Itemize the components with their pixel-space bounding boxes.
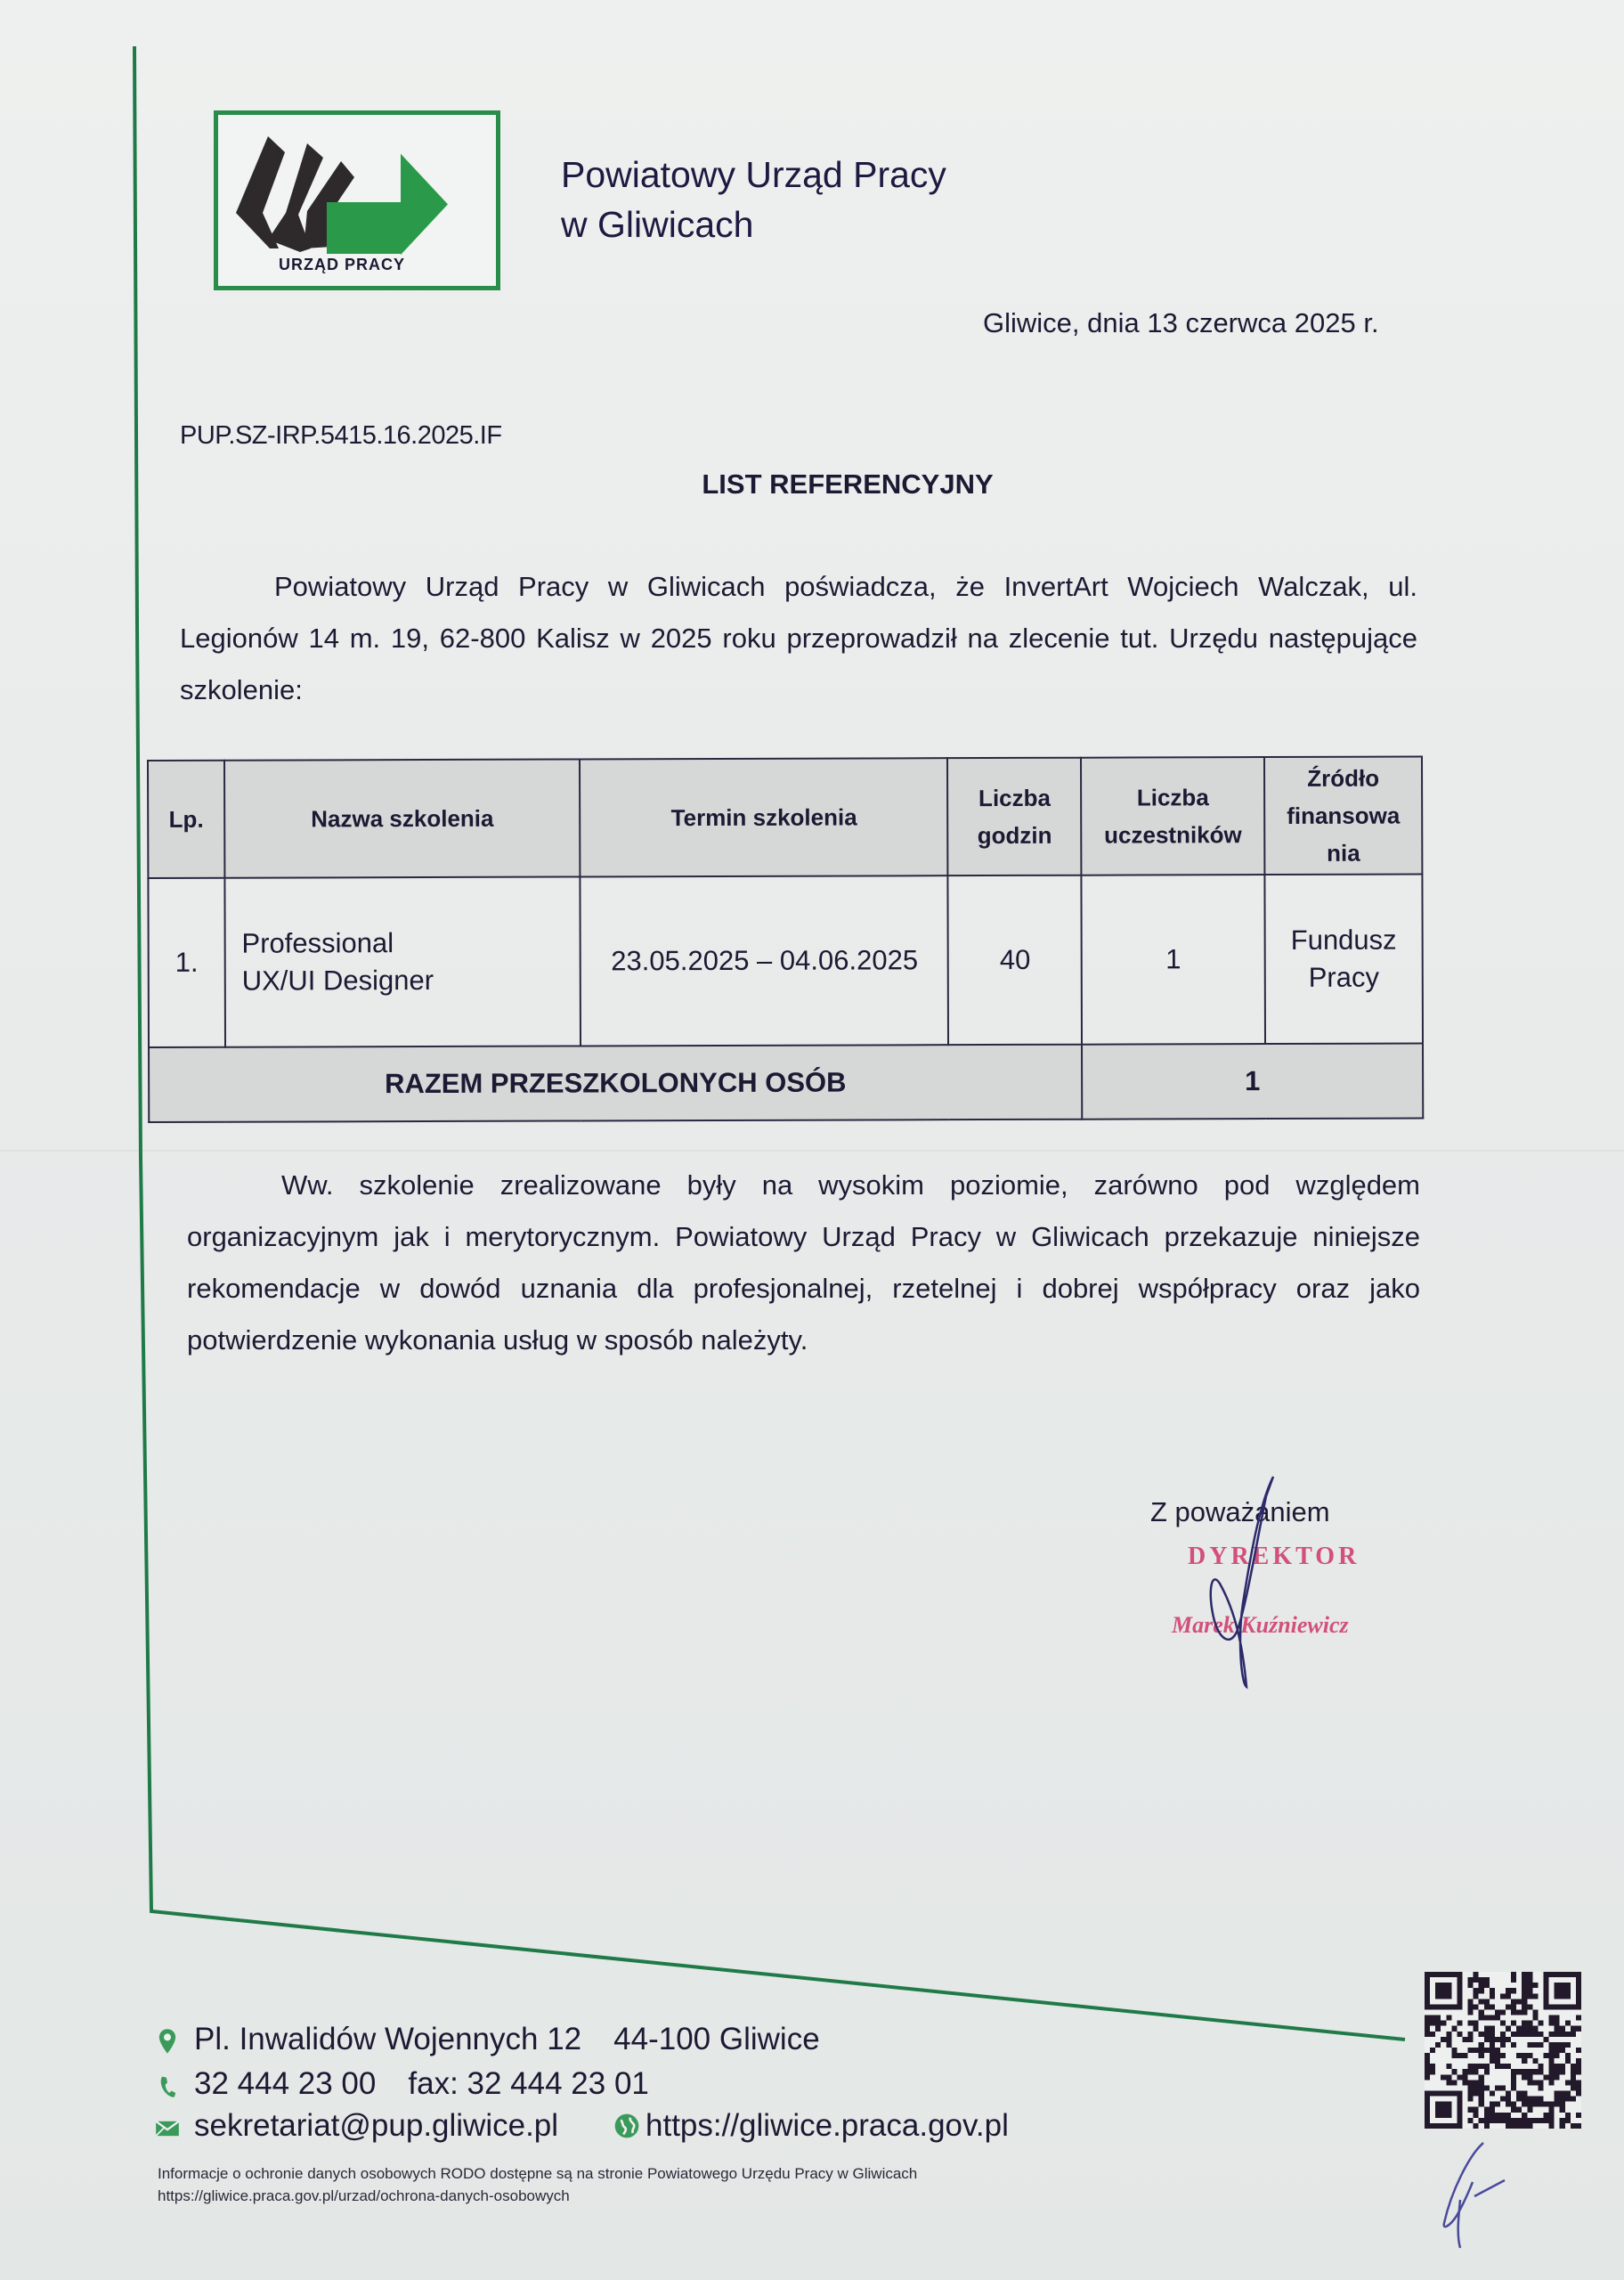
organization-name-line1: Powiatowy Urząd Pracy	[561, 150, 946, 199]
footer-website[interactable]: https://gliwice.praca.gov.pl	[646, 2108, 1009, 2144]
cell-name: Professional UX/UI Designer	[224, 876, 581, 1046]
logo-caption: URZĄD PRACY	[279, 256, 405, 274]
rodo-line1: Informacje o ochronie danych osobowych R…	[158, 2162, 917, 2185]
signature	[1184, 1470, 1291, 1701]
footer-phones: 32 444 23 00fax: 32 444 23 01	[194, 2066, 649, 2102]
cell-lp: 1.	[148, 878, 224, 1047]
cell-funding: Fundusz Pracy	[1265, 875, 1424, 1045]
page-frame-lines	[0, 0, 1624, 2280]
footer-fax: fax: 32 444 23 01	[408, 2066, 649, 2101]
header-name: Nazwa szkolenia	[224, 759, 581, 877]
globe-icon	[613, 2112, 641, 2140]
header-funding: Źródło finansowa nia	[1264, 757, 1422, 875]
cell-hours: 40	[948, 875, 1082, 1045]
table-row: 1. Professional UX/UI Designer 23.05.202…	[148, 875, 1423, 1047]
rodo-link[interactable]: https://gliwice.praca.gov.pl/urzad/ochro…	[158, 2185, 917, 2207]
closing-paragraph: Ww. szkolenie zrealizowane były na wysok…	[187, 1160, 1420, 1366]
footer-email[interactable]: sekretariat@pup.gliwice.pl	[194, 2108, 558, 2144]
date-line: Gliwice, dnia 13 czerwca 2025 r.	[983, 307, 1379, 339]
envelope-icon	[155, 2114, 180, 2143]
footer-street: Pl. Inwalidów Wojennych 12	[194, 2022, 581, 2056]
phone-icon	[155, 2072, 180, 2101]
organization-name: Powiatowy Urząd Pracy w Gliwicach	[561, 150, 946, 249]
header-participants: Liczba uczestników	[1081, 757, 1264, 875]
footer-phone: 32 444 23 00	[194, 2066, 376, 2101]
header-hours: Liczba godzin	[947, 758, 1081, 875]
total-value: 1	[1082, 1043, 1423, 1119]
training-table: Lp. Nazwa szkolenia Termin szkolenia Lic…	[147, 755, 1424, 1122]
initials-signature	[1433, 2137, 1531, 2253]
table-header-row: Lp. Nazwa szkolenia Termin szkolenia Lic…	[148, 757, 1422, 878]
document-title: LIST REFERENCYJNY	[0, 468, 1624, 501]
rodo-notice: Informacje o ochronie danych osobowych R…	[158, 2162, 917, 2207]
cell-term: 23.05.2025 – 04.06.2025	[581, 875, 949, 1046]
header-lp: Lp.	[148, 761, 224, 878]
intro-paragraph: Powiatowy Urząd Pracy w Gliwicach poświa…	[180, 561, 1417, 716]
cell-participants: 1	[1082, 875, 1265, 1045]
footer-postal: 44-100 Gliwice	[613, 2022, 820, 2056]
footer-address: Pl. Inwalidów Wojennych 1244-100 Gliwice	[194, 2022, 820, 2057]
logo: URZĄD PRACY	[214, 110, 500, 290]
organization-name-line2: w Gliwicach	[561, 199, 946, 249]
header-term: Termin szkolenia	[580, 758, 947, 876]
map-pin-icon	[155, 2027, 180, 2056]
reference-number: PUP.SZ-IRP.5415.16.2025.IF	[180, 421, 502, 451]
total-label: RAZEM PRZESZKOLONYCH OSÓB	[149, 1045, 1083, 1122]
table-total-row: RAZEM PRZESZKOLONYCH OSÓB 1	[149, 1043, 1423, 1121]
qr-code[interactable]	[1425, 1972, 1581, 2129]
